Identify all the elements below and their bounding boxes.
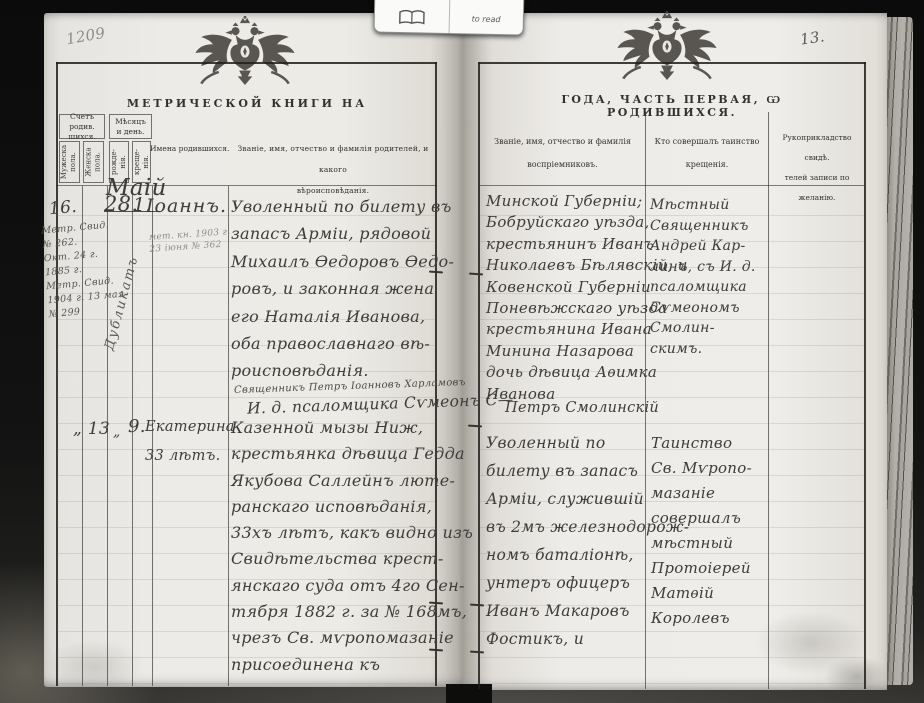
header-godparents: Званіе, имя, отчество и фамилія воспріем…: [482, 130, 643, 176]
entry1-male-number: 16.: [48, 197, 78, 219]
handwritten-line: Королевъ: [651, 606, 769, 631]
header-count-male-label: Мужеска пола.: [61, 145, 79, 179]
header-month-group: Мѣсяцъ и день.: [109, 114, 152, 139]
handwritten-line: Смолин-: [650, 318, 768, 339]
handwritten-line: 33 лѣтъ.: [145, 442, 235, 471]
handwritten-line: Арміи, служившій: [486, 485, 656, 513]
binding-notch: [446, 684, 492, 703]
entry1-clergy-text: МѣстныйСвященникъАндрей Кар-линъ, съ И. …: [650, 195, 768, 359]
handwritten-line: мазаніе: [651, 481, 769, 506]
header-parents: Званіе, имя, отчество и фамилія родителе…: [231, 138, 435, 201]
entry1-parents-text: Уволенный по билету възапасъ Арміи, рядо…: [231, 193, 441, 385]
reader-tab[interactable]: to read: [374, 0, 525, 36]
handwritten-line: запасъ Арміи, рядовой: [231, 220, 441, 247]
scanned-metrical-book-photo: МЕТРИЧЕСКОЙ КНИГИ НА ГОДА, ЧАСТЬ ПЕРВАЯ,…: [0, 0, 924, 703]
handwritten-line: унтеръ офицеръ: [486, 569, 656, 597]
handwritten-line: чрезъ Св. мѵропомазаніе: [231, 625, 443, 651]
handwritten-line: Фостикъ, и: [486, 625, 656, 653]
imperial-eagle-icon: [616, 10, 718, 86]
handwritten-line: Св. Мѵропо-: [651, 456, 769, 481]
handwritten-line: Протоіерей: [651, 556, 769, 581]
handwritten-line: крестьянка дѣвица Гедда: [231, 441, 443, 467]
handwritten-line: линъ, съ И. д.: [650, 257, 768, 278]
rule-line: [864, 62, 866, 689]
handwritten-line: Ковенской Губерніи: [486, 277, 650, 298]
handwritten-line: Михаилъ Ѳедоровъ Ѳедо-: [231, 248, 441, 275]
handwritten-line: Екатерина: [145, 413, 235, 442]
handwritten-line: въ 2мъ железнодорож-: [486, 513, 656, 541]
handwritten-line: оба православнаго вѣ-: [231, 330, 441, 357]
handwritten-line: билету въ запасъ: [486, 457, 656, 485]
handwritten-line: Андрей Кар-: [650, 236, 768, 257]
rule-line: [478, 62, 866, 64]
handwritten-line: янскаго суда отъ 4го Сен-: [231, 573, 443, 599]
imperial-eagle-icon: [194, 15, 296, 91]
handwritten-line: номъ баталіонѣ,: [486, 541, 656, 569]
handwritten-line: Казенной мызы Ниж,: [231, 415, 443, 441]
handwritten-line: дочь дѣвица Аѳимка: [486, 362, 650, 383]
handwritten-line: крестьянинъ Иванъ: [486, 234, 650, 255]
page-stack-edge: [887, 17, 913, 685]
handwritten-line: Священникъ: [650, 216, 768, 237]
handwritten-line: Николаевъ Бѣлявскій, и: [486, 255, 650, 276]
entry1-godparents-text: Минской Губерніи;Бобруйскаго уѣзда,крест…: [486, 191, 650, 405]
entry2-godparents-text: Уволенный побилету въ запасъАрміи, служи…: [486, 429, 656, 653]
handwritten-line: ранскаго исповѣданія,: [231, 494, 443, 520]
header-signatures: Рукоприкладство свидѣ. телей записи по ж…: [771, 128, 863, 208]
handwritten-line: Матѳій: [651, 581, 769, 606]
reader-tab-book-segment[interactable]: [375, 1, 449, 33]
entry2-parents-text: Казенной мызы Ниж,крестьянка дѣвица Гедд…: [231, 415, 443, 678]
handwritten-line: присоединена къ: [231, 652, 443, 678]
reader-tab-label-segment[interactable]: to read: [449, 3, 523, 35]
header-count-female-label: Женска пола.: [85, 147, 103, 176]
entry2-female-number: „ 13: [73, 419, 110, 439]
handwritten-line: Свидѣтельства крест-: [231, 546, 443, 572]
header-count-female: Женска пола.: [83, 141, 104, 183]
entry2-child-name: Екатерина33 лѣтъ.: [145, 413, 235, 471]
handwritten-line: Уволенный по билету въ: [231, 193, 441, 220]
header-names: Имена родившихся.: [150, 143, 228, 154]
reader-tab-label: to read: [472, 14, 501, 24]
entry2-clergy-text: ТаинствоСв. Мѵропо-мазаніесовершалъмѣстн…: [651, 431, 769, 631]
header-birth-day-label: рожде- нія.: [110, 149, 128, 175]
handwritten-line: Минской Губерніи;: [486, 191, 650, 212]
handwritten-line: Таинство: [651, 431, 769, 456]
entry1-godparents-signature: Петръ Смолинскій: [505, 400, 659, 416]
handwritten-line: Бобруйскаго уѣзда,: [486, 212, 650, 233]
handwritten-line: Поневѣжскаго уѣзда: [486, 298, 650, 319]
handwritten-line: его Наталія Иванова,: [231, 303, 441, 330]
header-baptism-day-label: креще- нія.: [133, 149, 151, 175]
header-count-male: Мужеска пола.: [59, 141, 80, 183]
entry1-child-name: Іоаннъ.: [146, 195, 227, 217]
handwritten-line: Иванъ Макаровъ: [486, 597, 656, 625]
handwritten-line: мѣстный: [651, 531, 769, 556]
handwritten-line: скимъ.: [650, 339, 768, 360]
header-count-group: Счетъ родив. шихся.: [59, 114, 105, 139]
handwritten-line: Якубова Саллейнъ люте-: [231, 468, 443, 494]
handwritten-line: совершалъ: [651, 506, 769, 531]
handwritten-line: тября 1882 г. за № 168мъ,: [231, 599, 443, 625]
entry2-birth-ditto: „: [113, 424, 121, 440]
entry2-baptism-day: 9.: [128, 416, 146, 437]
handwritten-line: 33хъ лѣтъ, какъ видно изъ: [231, 520, 443, 546]
handwritten-line: Сѵмеономъ: [650, 298, 768, 319]
header-clergy: Кто совершалъ таинство крещенія.: [648, 130, 766, 176]
handwritten-line: крестьянина Ивана: [486, 319, 650, 340]
handwritten-line: Уволенный по: [486, 429, 656, 457]
rule-line: [56, 62, 437, 64]
handwritten-line: Минина Назарова: [486, 341, 650, 362]
page-number: 13.: [799, 27, 826, 48]
open-book-icon: [396, 8, 426, 27]
left-page-title: МЕТРИЧЕСКОЙ КНИГИ НА: [97, 97, 397, 110]
handwritten-line: Мѣстный: [650, 195, 768, 216]
handwritten-line: псаломщика: [650, 277, 768, 298]
handwritten-line: ровъ, и законная жена: [231, 275, 441, 302]
right-page-title: ГОДА, ЧАСТЬ ПЕРВАЯ, Ѡ РОДИВШИХСЯ.: [522, 93, 822, 119]
